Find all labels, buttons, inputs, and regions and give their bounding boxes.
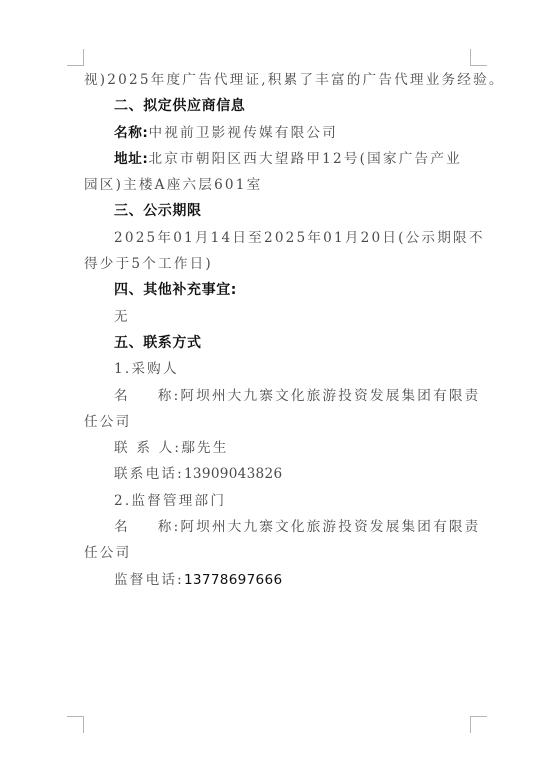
contact-phone-line: 联系电话:13909043826 (84, 461, 472, 487)
supervisor-phone-label: 监督电话: (114, 572, 184, 588)
contact-phone-label: 联系电话: (114, 466, 184, 482)
contact-person-label: 联 系 人: (114, 440, 181, 456)
section-heading-supplier-info: 二、拟定供应商信息 (84, 93, 472, 119)
supervisor-phone-value: 13778697666 (184, 572, 282, 588)
supplier-address-line-2: 园区)主楼A座六层601室 (84, 172, 472, 198)
supervisor-name-line-2: 任公司 (84, 540, 472, 566)
corner-mark-top-right-v (470, 49, 471, 66)
corner-mark-top-right-h (470, 65, 487, 66)
corner-mark-top-left-h (67, 65, 84, 66)
purchaser-name-value-1: 阿坝州大九寨文化旅游投资发展集团有限责 (180, 388, 480, 404)
corner-mark-bottom-left-h (67, 716, 84, 717)
contact-person-line: 联 系 人:鄢先生 (84, 435, 472, 461)
purchaser-heading: 1.采购人 (84, 356, 472, 382)
supplier-address-line-1: 地址:北京市朝阳区西大望路甲12号(国家广告产业 (84, 146, 472, 172)
period-line-2: 得少于5个工作日) (84, 251, 472, 277)
supplier-name-label: 名称: (114, 125, 148, 141)
supervisor-phone-line: 监督电话:13778697666 (84, 567, 472, 593)
supervisor-heading: 2.监督管理部门 (84, 488, 472, 514)
supplier-name-value: 中视前卫影视传媒有限公司 (148, 125, 338, 141)
supervisor-name-label-a: 名 (114, 519, 130, 535)
intro-tail-line: 视)2025年度广告代理证,积累了丰富的广告代理业务经验。 (84, 67, 472, 93)
supplier-address-label: 地址: (114, 151, 148, 167)
purchaser-name-label-a: 名 (114, 388, 130, 404)
section-heading-publicity-period: 三、公示期限 (84, 198, 472, 224)
supervisor-name-label-b: 称: (158, 519, 181, 535)
supervisor-name-value-1: 阿坝州大九寨文化旅游投资发展集团有限责 (180, 519, 480, 535)
supplier-address-value-1: 北京市朝阳区西大望路甲12号(国家广告产业 (148, 151, 462, 167)
purchaser-name-line-1: 名称:阿坝州大九寨文化旅游投资发展集团有限责 (84, 383, 472, 409)
purchaser-name-line-2: 任公司 (84, 409, 472, 435)
section-heading-contact: 五、联系方式 (84, 330, 472, 356)
corner-mark-bottom-right-v (470, 716, 471, 733)
period-line-1: 2025年01月14日至2025年01月20日(公示期限不 (84, 225, 472, 251)
contact-phone-value: 13909043826 (184, 466, 282, 482)
contact-person-value: 鄢先生 (181, 440, 228, 456)
supplementary-value: 无 (84, 304, 472, 330)
purchaser-name-label-b: 称: (158, 388, 181, 404)
supervisor-name-line-1: 名称:阿坝州大九寨文化旅游投资发展集团有限责 (84, 514, 472, 540)
corner-mark-bottom-left-v (83, 716, 84, 733)
supplier-name-line: 名称:中视前卫影视传媒有限公司 (84, 120, 472, 146)
corner-mark-bottom-right-h (470, 716, 487, 717)
corner-mark-top-left-v (83, 49, 84, 66)
document-body: 视)2025年度广告代理证,积累了丰富的广告代理业务经验。 二、拟定供应商信息 … (84, 67, 472, 593)
section-heading-supplementary: 四、其他补充事宜: (84, 277, 472, 303)
